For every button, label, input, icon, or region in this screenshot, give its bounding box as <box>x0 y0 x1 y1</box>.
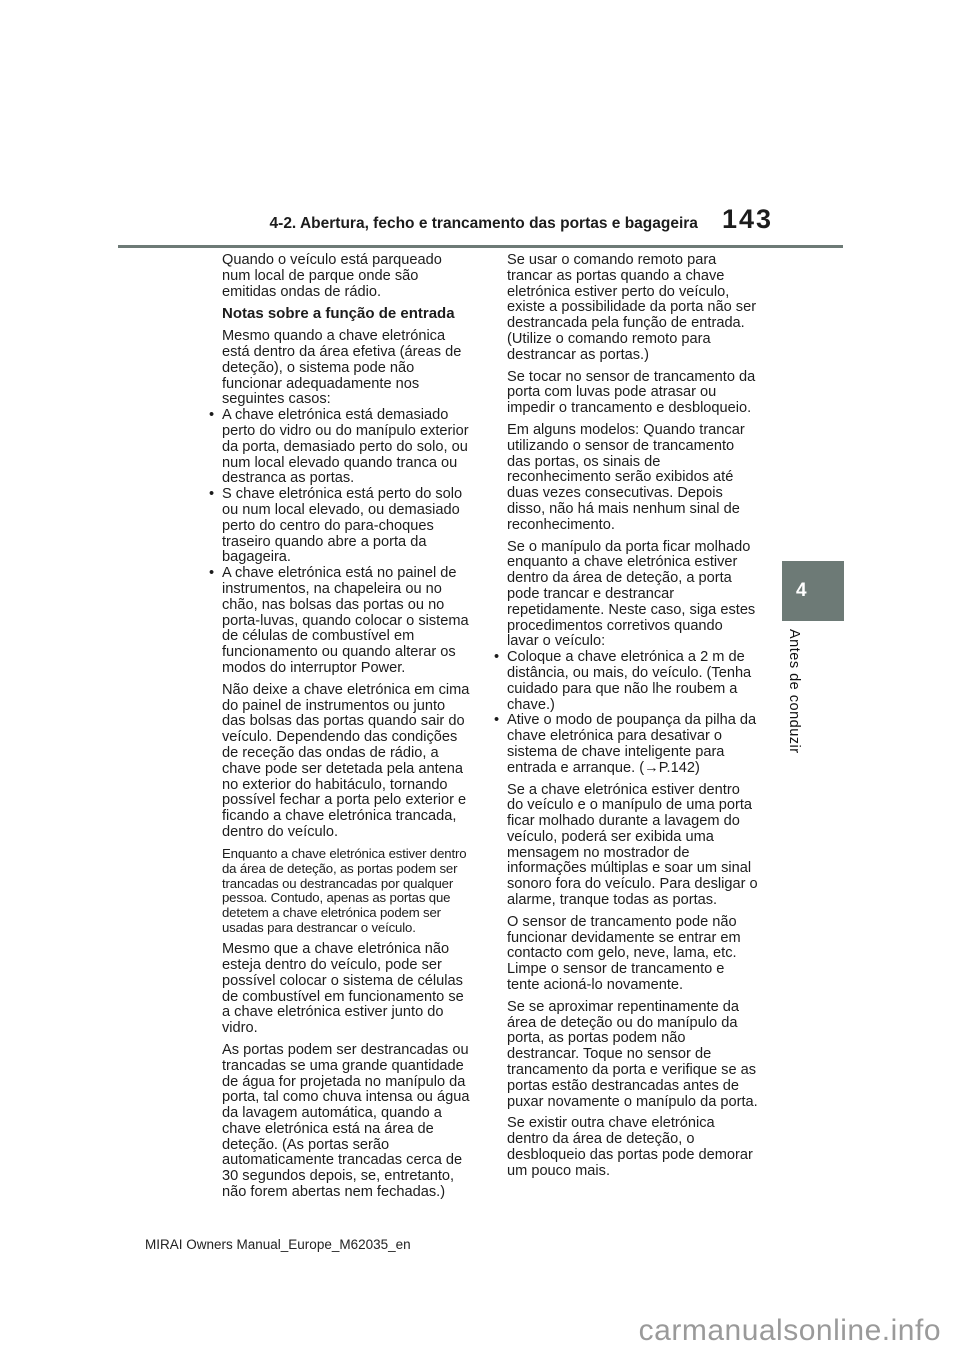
page-number: 143 <box>722 204 773 235</box>
paragraph: Se a chave eletrónica estiver dentro do … <box>507 783 758 909</box>
footer-document-id: MIRAI Owners Manual_Europe_M62035_en <box>145 1237 411 1252</box>
paragraph: Mesmo que a chave eletrónica não esteja … <box>222 942 470 1037</box>
paragraph: Se o manípulo da porta ficar molhado enq… <box>507 540 758 651</box>
left-column: Quando o veículo está parqueado num loca… <box>205 253 470 1207</box>
bullet-item: Ative o modo de poupança da pilha da cha… <box>490 713 758 776</box>
paragraph: As portas podem ser destrancadas ou tran… <box>222 1043 470 1201</box>
paragraph: Se usar o comando remoto para trancar as… <box>507 253 758 364</box>
paragraph-small: Enquanto a chave eletrónica estiver dent… <box>222 847 470 936</box>
chapter-label: Antes de conduzir <box>786 629 802 754</box>
page-header: 4-2. Abertura, fecho e trancamento das p… <box>118 204 843 235</box>
paragraph: Quando o veículo está parqueado num loca… <box>222 253 470 300</box>
chapter-number: 4 <box>796 580 807 602</box>
section-title: 4-2. Abertura, fecho e trancamento das p… <box>270 215 698 233</box>
bullet-item: S chave eletrónica está perto do solo ou… <box>205 487 470 566</box>
chapter-badge: 4 <box>782 561 844 621</box>
bullet-list: A chave eletrónica está demasiado perto … <box>205 408 470 677</box>
bullet-item: Coloque a chave eletrónica a 2 m de dist… <box>490 650 758 713</box>
bullet-item: A chave eletrónica está demasiado perto … <box>205 408 470 487</box>
paragraph: Se existir outra chave eletrónica dentro… <box>507 1116 758 1179</box>
heading: Notas sobre a função de entrada <box>222 306 470 322</box>
bullet-list: Coloque a chave eletrónica a 2 m de dist… <box>490 650 758 776</box>
paragraph: Se se aproximar repentinamente da área d… <box>507 1000 758 1111</box>
paragraph: Em alguns modelos: Quando trancar utiliz… <box>507 423 758 534</box>
manual-page: 4-2. Abertura, fecho e trancamento das p… <box>0 0 960 1358</box>
watermark: carmanualsonline.info <box>639 1314 941 1348</box>
paragraph: O sensor de trancamento pode não funcion… <box>507 915 758 994</box>
bullet-item: A chave eletrónica está no painel de ins… <box>205 566 470 677</box>
paragraph: Mesmo quando a chave eletrónica está den… <box>222 329 470 408</box>
right-column: Se usar o comando remoto para trancar as… <box>490 253 758 1186</box>
paragraph: Não deixe a chave eletrónica em cima do … <box>222 683 470 841</box>
paragraph: Se tocar no sensor de trancamento da por… <box>507 370 758 417</box>
header-rule <box>118 245 843 248</box>
